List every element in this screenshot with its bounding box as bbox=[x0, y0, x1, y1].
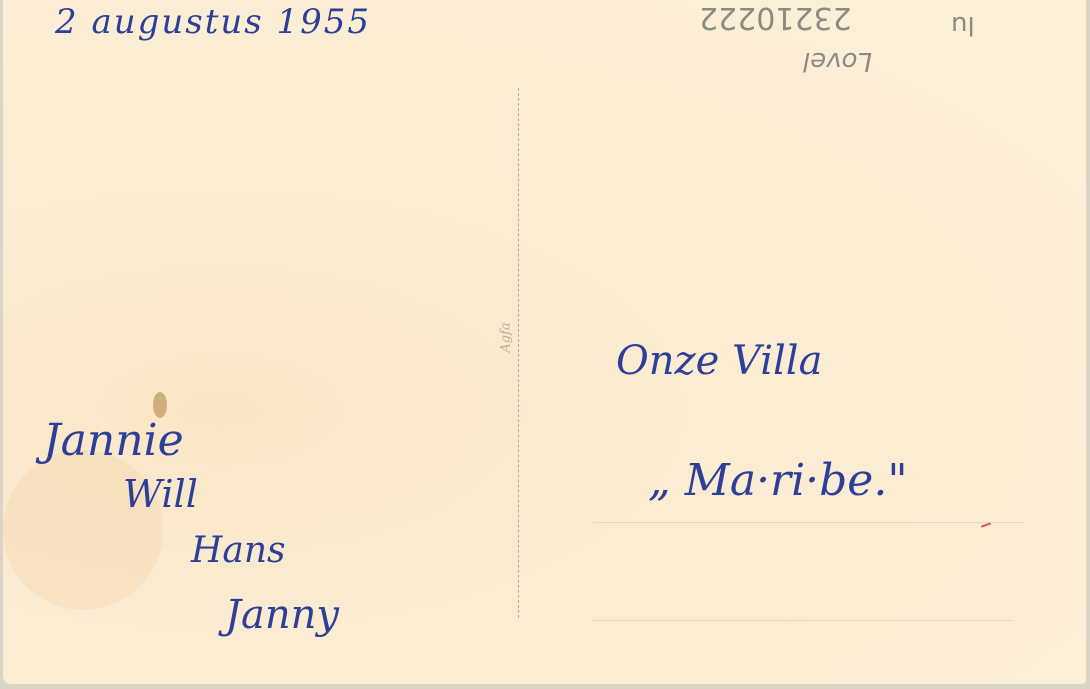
red-mark bbox=[981, 522, 991, 527]
signature-3: Hans bbox=[191, 530, 286, 571]
address-line-2 bbox=[593, 620, 1013, 621]
center-divider bbox=[518, 88, 519, 618]
date-text: 2 augustus 1955 bbox=[55, 2, 371, 42]
signature-4: Janny bbox=[225, 592, 339, 638]
divider-imprint: Agfa bbox=[499, 322, 514, 352]
address-line-1 bbox=[593, 522, 1023, 523]
address-line1-text: Onze Villa bbox=[616, 338, 822, 384]
pencil-corner-mark: lu bbox=[951, 10, 975, 40]
pencil-word: Lovel bbox=[803, 46, 872, 76]
signature-1: Jannie bbox=[43, 415, 184, 466]
address-line2-text: „ Ma·ri·be." bbox=[648, 455, 908, 506]
signature-2: Will bbox=[123, 472, 198, 516]
pencil-number: 23210222 bbox=[699, 0, 852, 35]
postcard-back: 2 augustus 1955 23210222 Lovel lu Agfa O… bbox=[3, 0, 1086, 684]
